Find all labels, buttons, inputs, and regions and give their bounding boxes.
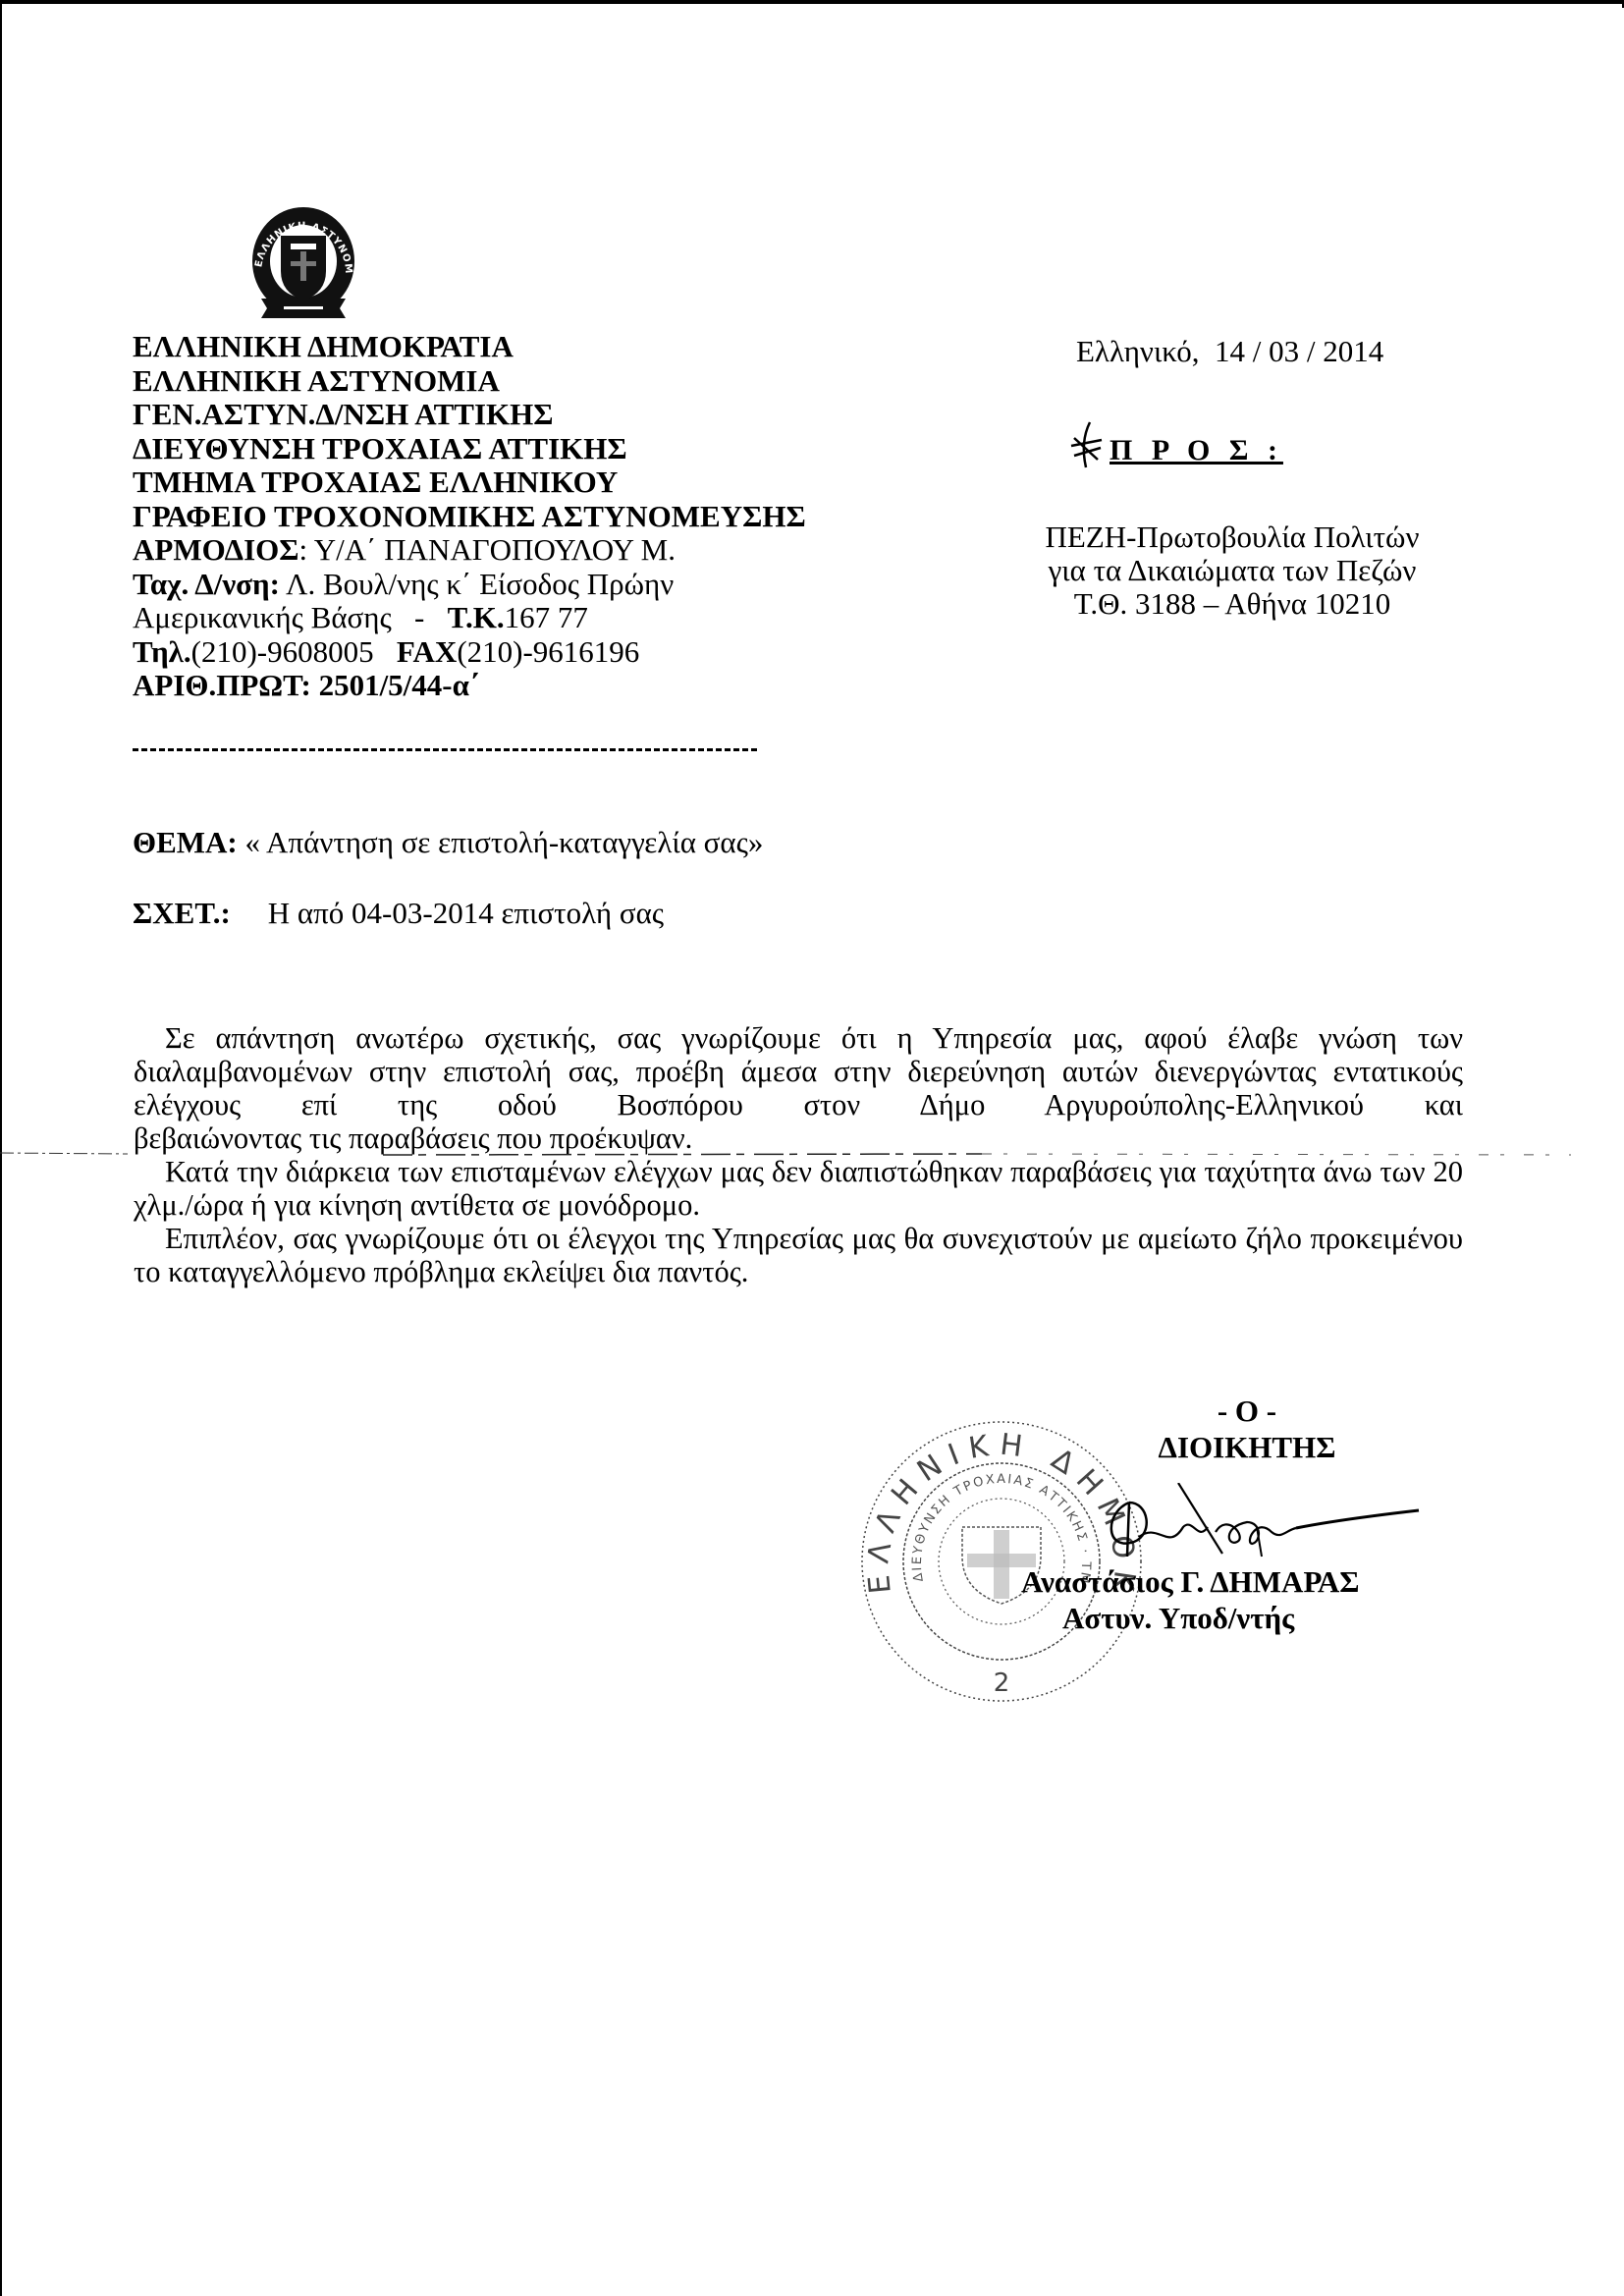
body-paragraph: Κατά την διάρκεια των επισταμένων ελέγχω…	[134, 1155, 1463, 1222]
recipient-label: Π Ρ Ο Σ :	[1088, 434, 1283, 466]
protocol-number: ΑΡΙΘ.ΠΡΩΤ: 2501/5/44-α΄	[133, 669, 806, 703]
body-paragraph-end: βεβαιώνοντας τις παραβάσεις που προέκυψα…	[134, 1121, 1463, 1155]
sender-phone: Τηλ.(210)-9608005 FAX(210)-9616196	[133, 635, 806, 670]
scan-border-left	[0, 0, 2, 2296]
signer-name: Αναστάσιος Γ. ΔΗΜΑΡΑΣ	[1021, 1563, 1359, 1600]
sender-line: ΤΜΗΜΑ ΤΡΟΧΑΙΑΣ ΕΛΛΗΝΙΚΟΥ	[133, 465, 806, 500]
handwritten-tick-icon	[1068, 420, 1108, 469]
signature-title: ΔΙΟΙΚΗΤΗΣ	[1070, 1429, 1424, 1465]
signer-rank: Αστυν. Υποδ/ντής	[1021, 1600, 1359, 1636]
recipient-label-wrap: Π Ρ Ο Σ :	[1088, 434, 1283, 467]
signature-title-block: - Ο - ΔΙΟΙΚΗΤΗΣ	[1070, 1393, 1424, 1465]
recipient-line: Τ.Θ. 3188 – Αθήνα 10210	[1026, 587, 1438, 621]
body-paragraph: Σε απάντηση ανωτέρω σχετικής, σας γνωρίζ…	[134, 1021, 1463, 1121]
scan-border-top	[0, 0, 1624, 4]
recipient-block: ΠΕΖΗ-Πρωτοβουλία Πολιτών για τα Δικαιώμα…	[1026, 520, 1438, 621]
signature-article: - Ο -	[1070, 1393, 1424, 1429]
sender-line: ΓΡΑΦΕΙΟ ΤΡΟΧΟΝΟΜΙΚΗΣ ΑΣΤΥΝΟΜΕΥΣΗΣ	[133, 500, 806, 534]
signer-block: Αναστάσιος Γ. ΔΗΜΑΡΑΣ Αστυν. Υποδ/ντής	[1021, 1563, 1359, 1636]
subject-line: ΘΕΜΑ: « Απάντηση σε επιστολή-καταγγελία …	[133, 825, 763, 860]
sender-address-2: Αμερικανικής Βάσης - Τ.Κ.167 77	[133, 601, 806, 635]
sender-line: ΔΙΕΥΘΥΝΣΗ ΤΡΟΧΑΙΑΣ ΑΤΤΙΚΗΣ	[133, 432, 806, 466]
scan-ink-streak	[0, 1151, 1624, 1157]
sender-block: ΕΛΛΗΝΙΚΗ ΔΗΜΟΚΡΑΤΙΑ ΕΛΛΗΝΙΚΗ ΑΣΤΥΝΟΜΙΑ Γ…	[133, 330, 806, 703]
body-paragraph: Επιπλέον, σας γνωρίζουμε ότι οι έλεγχοι …	[134, 1222, 1463, 1288]
sender-address: Ταχ. Δ/νση: Λ. Βουλ/νης κ΄ Είσοδος Πρώην	[133, 568, 806, 602]
sender-responsible: ΑΡΜΟΔΙΟΣ: Υ/Α΄ ΠΑΝΑΓΟΠΟΥΛΟΥ Μ.	[133, 533, 806, 568]
svg-text:2: 2	[994, 1668, 1010, 1698]
sender-line: ΕΛΛΗΝΙΚΗ ΑΣΤΥΝΟΜΙΑ	[133, 364, 806, 399]
header-divider	[133, 748, 757, 751]
sender-line: ΕΛΛΗΝΙΚΗ ΔΗΜΟΚΡΑΤΙΑ	[133, 330, 806, 364]
recipient-line: ΠΕΖΗ-Πρωτοβουλία Πολιτών	[1026, 520, 1438, 554]
sender-line: ΓΕΝ.ΑΣΤΥΝ.Δ/ΝΣΗ ΑΤΤΙΚΗΣ	[133, 398, 806, 432]
handwritten-signature-icon	[1100, 1483, 1424, 1571]
reference-line: ΣΧΕΤ.:Η από 04-03-2014 επιστολή σας	[133, 896, 664, 931]
letter-date: Ελληνικό, 14 / 03 / 2014	[1076, 334, 1383, 369]
police-emblem-icon: ΕΛΛΗΝΙΚΗ ΑΣΤΥΝΟΜΙΑ	[240, 204, 367, 327]
recipient-line: για τα Δικαιώματα των Πεζών	[1026, 554, 1438, 587]
